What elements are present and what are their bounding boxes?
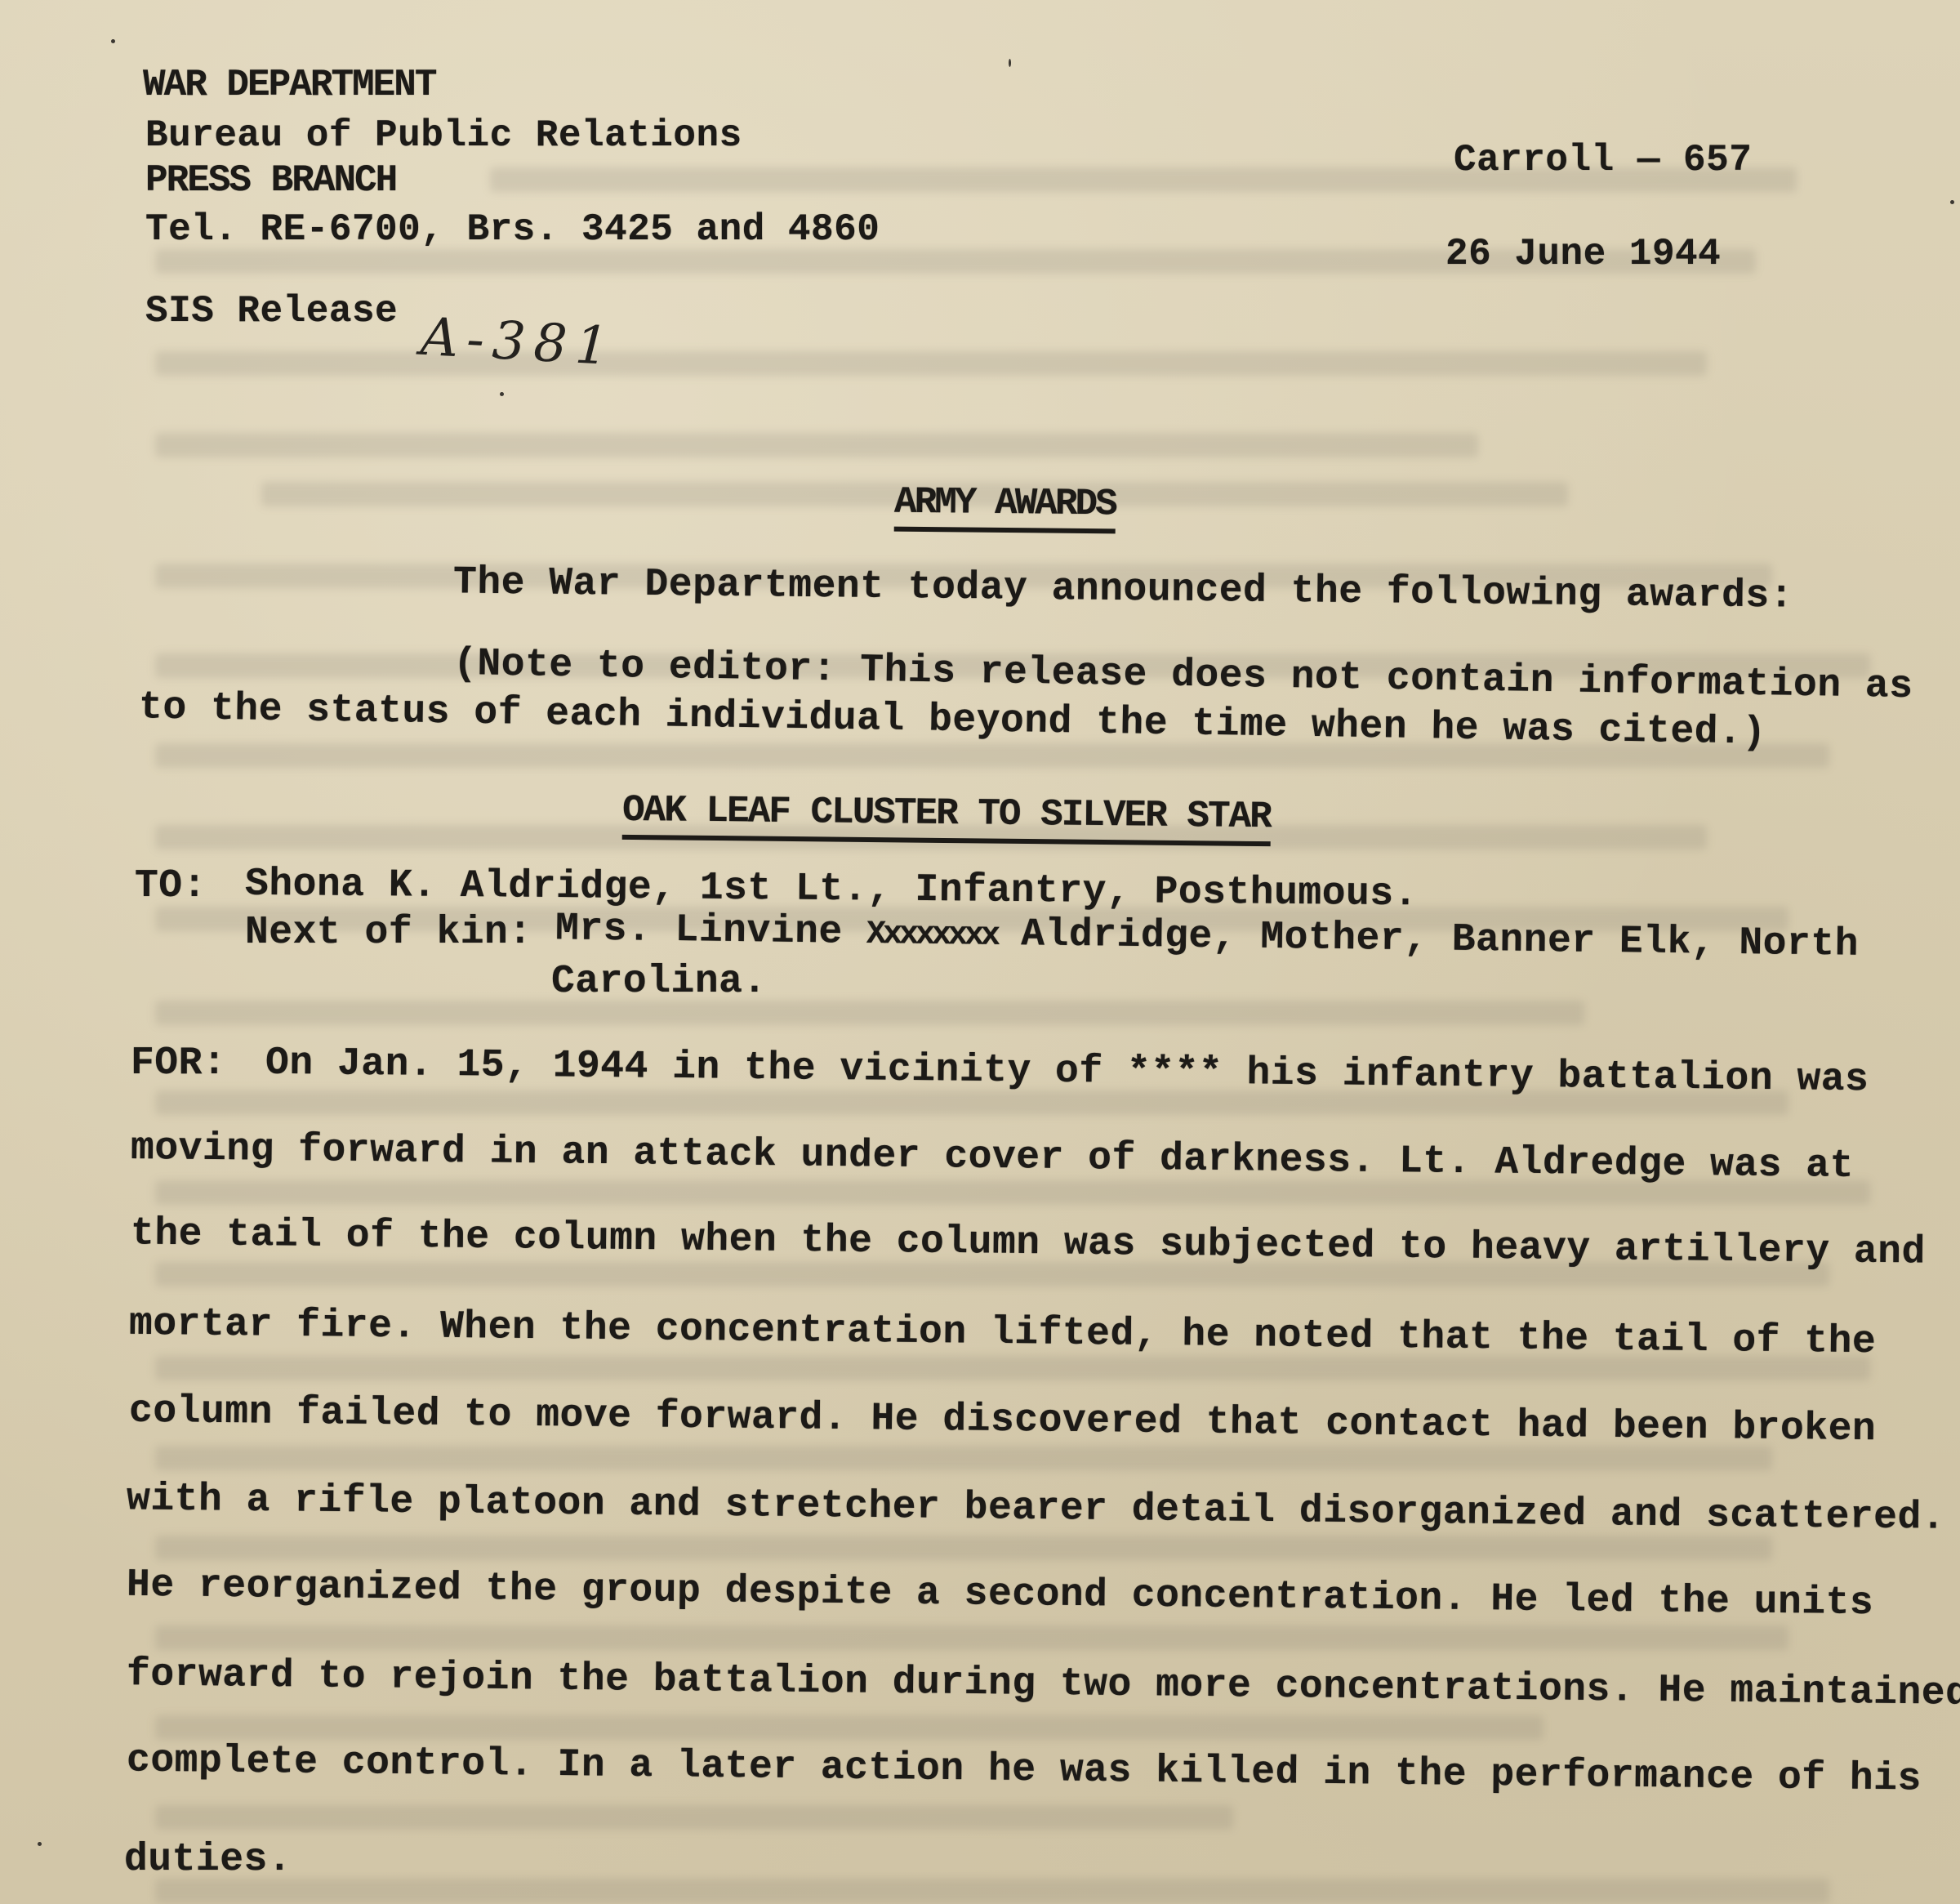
citation-line: forward to rejoin the battalion during t… — [127, 1652, 1960, 1716]
citation-line: He reorganized the group despite a secon… — [127, 1563, 1874, 1625]
branch-name: PRESS BRANCH — [145, 159, 396, 202]
to-label: TO: — [135, 864, 207, 908]
document-page: WAR DEPARTMENT Bureau of Public Relation… — [0, 0, 1960, 1904]
citation-line: duties. — [124, 1838, 292, 1882]
next-of-kin-name: Mrs. Linvine — [555, 907, 843, 954]
next-of-kin-label: Next of kin: — [245, 911, 532, 955]
bleed-through-text — [155, 1715, 1543, 1740]
paper-speck — [500, 392, 504, 396]
paper-speck — [111, 39, 115, 43]
document-date: 26 June 1944 — [1445, 233, 1721, 275]
struck-out-text: Xxxxxxxx — [866, 916, 998, 955]
handwritten-release-number: A-381 — [419, 307, 618, 377]
bleed-through-text — [155, 1536, 1772, 1560]
telephone-line: Tel. RE-6700, Brs. 3425 and 4860 — [145, 208, 880, 251]
bleed-through-text — [155, 433, 1478, 457]
bleed-through-text — [155, 1001, 1584, 1025]
bleed-through-text — [155, 1805, 1233, 1830]
bleed-through-text — [155, 1446, 1772, 1470]
document-title: ARMY AWARDS — [894, 481, 1116, 534]
department-name: WAR DEPARTMENT — [143, 64, 435, 106]
paper-speck — [1950, 200, 1954, 204]
award-heading: OAK LEAF CLUSTER TO SILVER STAR — [622, 789, 1271, 846]
paper-speck — [1009, 59, 1011, 67]
release-label: SIS Release — [145, 290, 398, 332]
paper-speck — [38, 1842, 42, 1846]
reference-code: Carroll — 657 — [1454, 139, 1752, 181]
citation-line: column failed to move forward. He discov… — [129, 1389, 1877, 1451]
next-of-kin-relation: Aldridge, Mother, Banner Elk, North — [1021, 912, 1859, 967]
citation-line: with a rifle platoon and stretcher beare… — [127, 1477, 1946, 1540]
next-of-kin-line-2: Carolina. — [551, 960, 767, 1004]
bleed-through-text — [155, 351, 1707, 376]
citation-line: complete control. In a later action he w… — [127, 1738, 1922, 1801]
bleed-through-text — [155, 1879, 1829, 1903]
bleed-through-text — [155, 1625, 1788, 1650]
bureau-name: Bureau of Public Relations — [145, 114, 742, 157]
for-label: FOR: — [131, 1041, 226, 1086]
citation-line: moving forward in an attack under cover … — [131, 1126, 1854, 1188]
citation-line: mortar fire. When the concentration lift… — [129, 1302, 1877, 1364]
